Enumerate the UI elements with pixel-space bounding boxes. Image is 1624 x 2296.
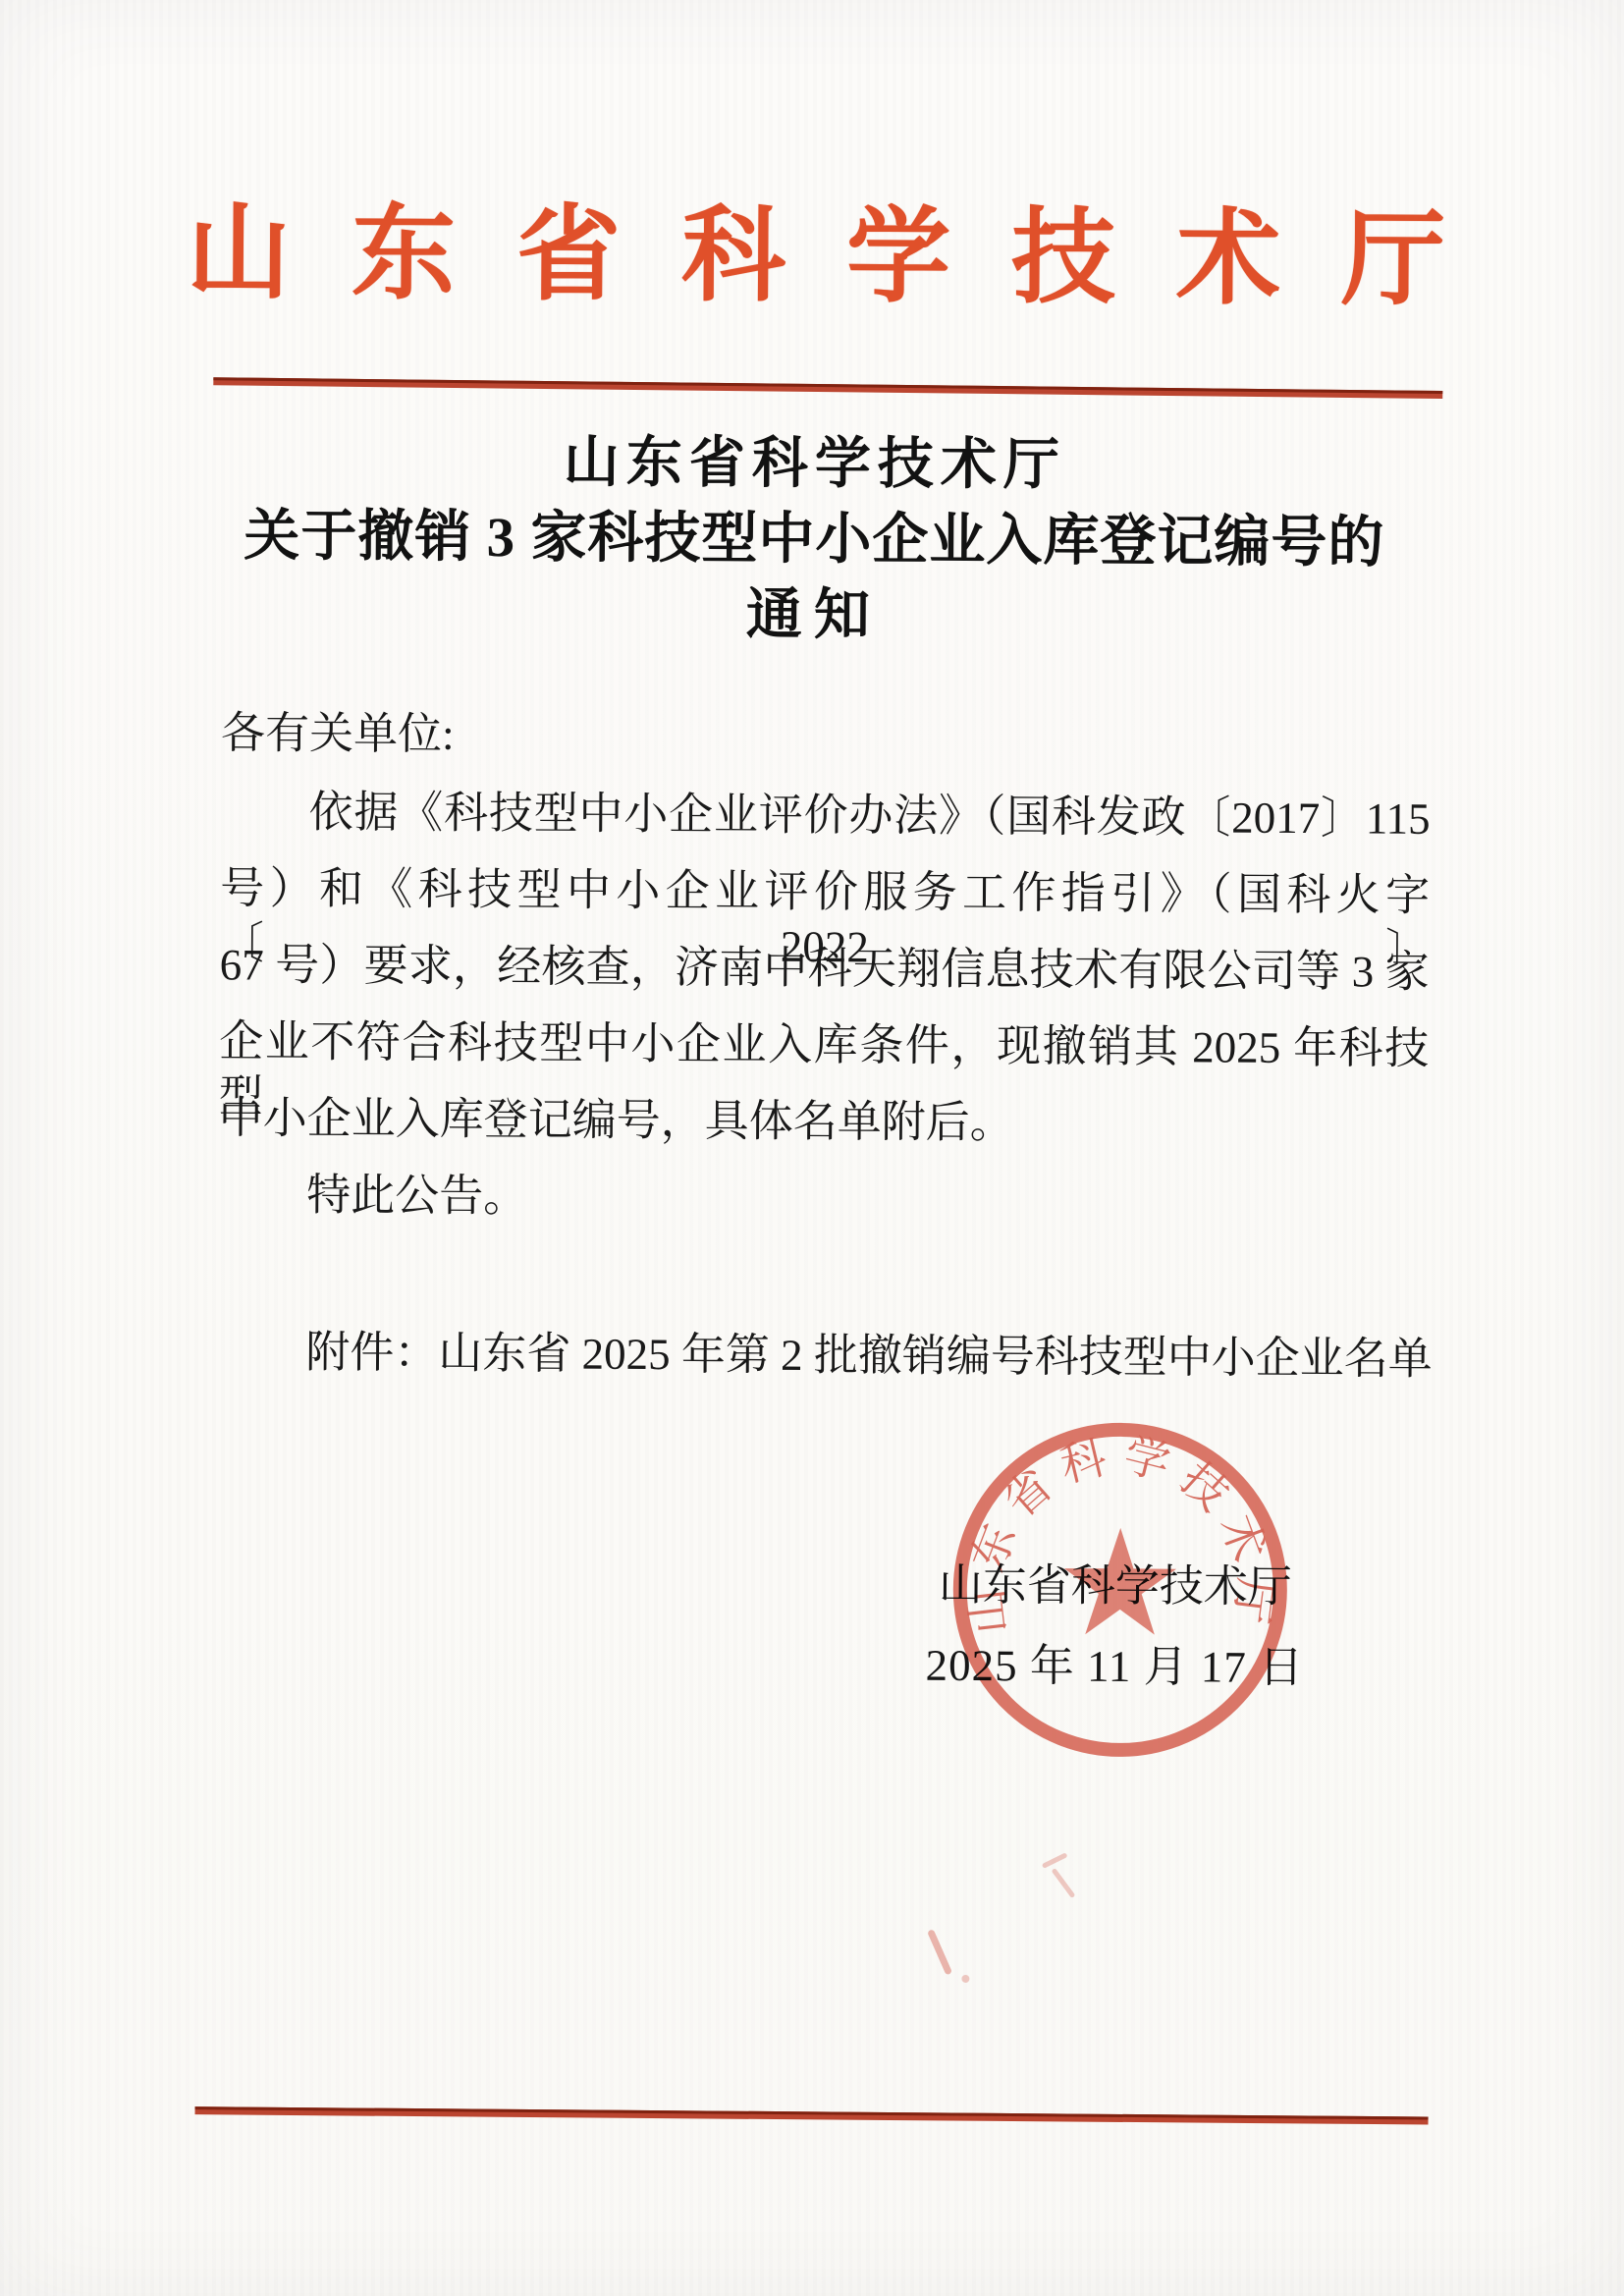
attachment-line: 附件：山东省 2025 年第 2 批撤销编号科技型中小企业名单 xyxy=(305,1325,1515,1388)
doc-title-line-2: 关于撤销 3 家科技型中小企业入库登记编号的 xyxy=(2,497,1624,582)
letterhead-rule xyxy=(213,377,1442,399)
closing-line: 特此公告。 xyxy=(306,1168,1516,1230)
doc-title-line-1: 山东省科学技术厅 xyxy=(3,421,1624,507)
letterhead-title: 山东省科学技术厅 xyxy=(4,194,1624,320)
paragraph-line: 67 号）要求，经核查，济南中科天翔信息技术有限公司等 3 家 xyxy=(220,937,1430,1000)
seal-star-icon xyxy=(1063,1528,1176,1635)
salutation: 各有关单位: xyxy=(221,705,1431,768)
paragraph-line: 依据《科技型中小企业评价办法》（国科发政〔2017〕115 xyxy=(220,784,1430,847)
document-page: 山东省科学技术厅 山东省科学技术厅 关于撤销 3 家科技型中小企业入库登记编号的… xyxy=(0,0,1624,2296)
document-content: 山东省科学技术厅 山东省科学技术厅 关于撤销 3 家科技型中小企业入库登记编号的… xyxy=(0,0,1624,2296)
doc-title-line-3: 通知 xyxy=(2,573,1624,658)
seal-ink-smudges xyxy=(896,1845,1153,2024)
footer-rule xyxy=(195,2106,1429,2124)
doc-title: 山东省科学技术厅 关于撤销 3 家科技型中小企业入库登记编号的 通知 xyxy=(2,421,1624,658)
official-seal: 山东省科学技术厅 xyxy=(918,1388,1323,1792)
paragraph-line: 中小企业入库登记编号，具体名单附后。 xyxy=(219,1090,1429,1153)
